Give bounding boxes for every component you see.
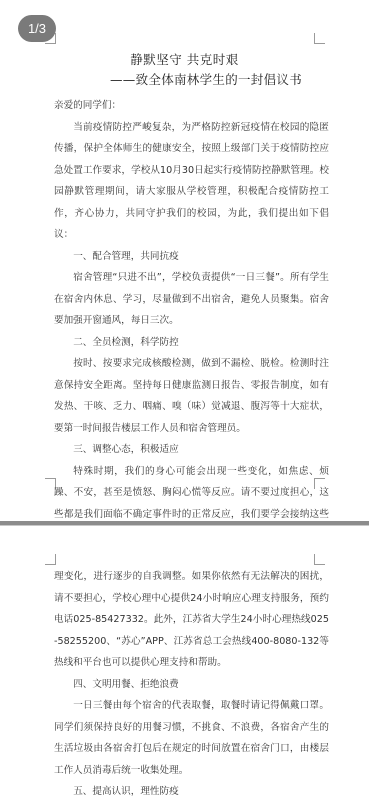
section-heading-5: 五、提高认识，理性防疫 <box>54 781 329 800</box>
document-page-1: 静默坚守 共克时艰 ——致全体南林学生的一封倡议书 亲爱的同学们： 当前疫情防控… <box>0 0 369 522</box>
section-body-2: 按时、按要求完成核酸检测，做到不漏检、脱检。检测时注意保持安全距离。坚持每日健康… <box>54 353 329 439</box>
document-page-2: 理变化，进行逐步的自我调整。如果你依然有无法解决的困扰，请不要担心，学校心理中心… <box>0 526 369 800</box>
section-body-3-part-2: 理变化，进行逐步的自我调整。如果你依然有无法解决的困扰，请不要担心，学校心理中心… <box>54 566 329 674</box>
section-body-4: 一日三餐由每个宿舍的代表取餐，取餐时请记得佩戴口罩。同学们须保持良好的用餐习惯，… <box>54 695 329 781</box>
section-heading-3: 三、调整心态，积极适应 <box>54 439 329 461</box>
page-corner-mark <box>45 554 56 565</box>
document-title: 静默坚守 共克时艰 <box>0 50 369 68</box>
greeting: 亲爱的同学们： <box>54 95 329 117</box>
page-indicator-badge: 1/3 <box>18 15 56 42</box>
section-body-1: 宿舍管理“只进不出”，学校负责提供“一日三餐”。所有学生在宿舍内休息、学习，尽量… <box>54 267 329 332</box>
document-body-page-2: 理变化，进行逐步的自我调整。如果你依然有无法解决的困扰，请不要担心，学校心理中心… <box>54 566 329 800</box>
document-subtitle: ——致全体南林学生的一封倡议书 <box>110 70 302 88</box>
page-corner-mark <box>314 554 325 565</box>
intro-paragraph: 当前疫情防控严峻复杂，为严格防控新冠疫情在校园的隐匿传播，保护全体师生的健康安全… <box>54 117 329 246</box>
section-heading-1: 一、配合管理，共同抗疫 <box>54 246 329 268</box>
document-body-page-1: 亲爱的同学们： 当前疫情防控严峻复杂，为严格防控新冠疫情在校园的隐匿传播，保护全… <box>54 95 329 547</box>
section-heading-2: 二、全员检测，科学防控 <box>54 332 329 354</box>
section-heading-4: 四、文明用餐、拒绝浪费 <box>54 674 329 696</box>
page-corner-mark <box>314 33 325 44</box>
